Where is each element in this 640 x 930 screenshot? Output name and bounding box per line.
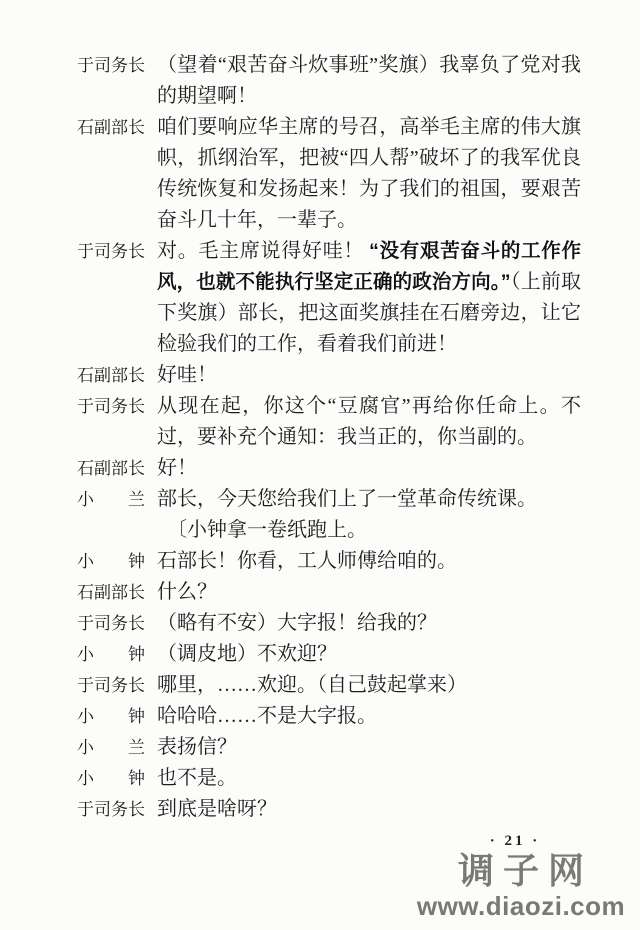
- dialogue-segment: 到底是啥呀？: [157, 798, 277, 820]
- speaker-name: 小 兰: [77, 484, 145, 515]
- dialogue-text: 对。毛主席说得好哇！“没有艰苦奋斗的工作作风，也就不能执行坚定正确的政治方向。”…: [157, 236, 581, 360]
- dialogue-segment: 也不是。: [157, 767, 237, 789]
- speaker-name: 于司务长: [77, 391, 145, 422]
- dialogue-segment: （望着“艰苦奋斗炊事班”奖旗）我辜负了党对我的期望啊！: [157, 54, 581, 107]
- speaker-name: 石副部长: [77, 577, 145, 608]
- dialogue-segment: 哪里，……欢迎。（自己鼓起掌来）: [157, 674, 467, 696]
- dialogue-segment: 什么？: [157, 581, 217, 603]
- dialogue-text: 石部长！你看，工人师傅给咱的。: [157, 546, 581, 577]
- dialogue-segment: 哈哈哈……不是大字报。: [157, 705, 377, 727]
- page-number: · 21 ·: [470, 833, 560, 850]
- dialogue-text: （望着“艰苦奋斗炊事班”奖旗）我辜负了党对我的期望啊！: [157, 50, 581, 112]
- dialogue-text: （略有不安）大字报！给我的？: [157, 608, 581, 639]
- dialogue-text: 好哇！: [157, 360, 581, 391]
- speaker-name: 小 钟: [77, 639, 145, 670]
- speaker-name: 于司务长: [77, 794, 145, 825]
- speaker-name: 于司务长: [77, 50, 145, 81]
- dialogue-segment: （调皮地）不欢迎？: [157, 643, 337, 665]
- dialogue-text: 哈哈哈……不是大字报。: [157, 701, 581, 732]
- dialogue-row: 于司务长 （略有不安）大字报！给我的？: [77, 608, 583, 639]
- dialogue-text: 也不是。: [157, 763, 581, 794]
- dialogue-row: 于司务长 从现在起，你这个“豆腐官”再给你任命上。不过，要补充个通知：我当正的，…: [77, 391, 583, 453]
- stage-direction-segment: 〔小钟拿一卷纸跑上。: [167, 519, 367, 541]
- dialogue-segment: 好！: [157, 457, 197, 479]
- watermark: 调子网 www.diaozi.com: [406, 851, 636, 920]
- dialogue-segment: 表扬信？: [157, 736, 237, 758]
- dialogue-segment: 部长，今天您给我们上了一堂革命传统课。: [157, 488, 537, 510]
- dialogue-segment: 石部长！你看，工人师傅给咱的。: [157, 550, 457, 572]
- speaker-name: 于司务长: [77, 670, 145, 701]
- dialogue-segment: 咱们要响应华主席的号召，高举毛主席的伟大旗帜，抓纲治军，把被“四人帮”破坏了的我…: [157, 116, 581, 231]
- dialogue-row: 石副部长 咱们要响应华主席的号召，高举毛主席的伟大旗帜，抓纲治军，把被“四人帮”…: [77, 112, 583, 236]
- dialogue-segment: （略有不安）大字报！给我的？: [157, 612, 437, 634]
- dialogue-text: 好！: [157, 453, 581, 484]
- dialogue-row: 小 钟 哈哈哈……不是大字报。: [77, 701, 583, 732]
- stage-direction-text: 〔小钟拿一卷纸跑上。: [157, 515, 581, 546]
- dialogue-row: 石副部长 什么？: [77, 577, 583, 608]
- dialogue-text: 到底是啥呀？: [157, 794, 581, 825]
- dialogue-row: 小 钟 （调皮地）不欢迎？: [77, 639, 583, 670]
- speaker-name: 小 兰: [77, 732, 145, 763]
- speaker-name: 小 钟: [77, 546, 145, 577]
- dialogue-row: 石副部长 好！: [77, 453, 583, 484]
- dialogue-row: 小 兰 部长，今天您给我们上了一堂革命传统课。: [77, 484, 583, 515]
- speaker-name: 石副部长: [77, 453, 145, 484]
- dialogue-segment: 从现在起，你这个“豆腐官”再给你任命上。不过，要补充个通知：我当正的，你当副的。: [157, 395, 581, 448]
- dialogue-row: 小 钟 也不是。: [77, 763, 583, 794]
- speaker-name: 石副部长: [77, 360, 145, 391]
- speaker-name: 石副部长: [77, 112, 145, 143]
- watermark-site-url: www.diaozi.com: [406, 892, 636, 920]
- dialogue-row: 小 钟 石部长！你看，工人师傅给咱的。: [77, 546, 583, 577]
- dialogue-row: 于司务长 对。毛主席说得好哇！“没有艰苦奋斗的工作作风，也就不能执行坚定正确的政…: [77, 236, 583, 360]
- dialogue-text: 什么？: [157, 577, 581, 608]
- dialogue-text: 从现在起，你这个“豆腐官”再给你任命上。不过，要补充个通知：我当正的，你当副的。: [157, 391, 581, 453]
- dialogue-row: 于司务长 （望着“艰苦奋斗炊事班”奖旗）我辜负了党对我的期望啊！: [77, 50, 583, 112]
- dialogue-segment: 好哇！: [157, 364, 217, 386]
- dialogue-text: （调皮地）不欢迎？: [157, 639, 581, 670]
- speaker-name: 于司务长: [77, 236, 145, 267]
- dialogue-text: 表扬信？: [157, 732, 581, 763]
- dialogue-text: 部长，今天您给我们上了一堂革命传统课。: [157, 484, 581, 515]
- speaker-name: 小 钟: [77, 763, 145, 794]
- dialogue-row: 小 兰 表扬信？: [77, 732, 583, 763]
- speaker-name: 于司务长: [77, 608, 145, 639]
- dialogue-segment: 对。毛主席说得好哇！: [157, 240, 364, 262]
- dialogue-text: 咱们要响应华主席的号召，高举毛主席的伟大旗帜，抓纲治军，把被“四人帮”破坏了的我…: [157, 112, 581, 236]
- speaker-name: 小 钟: [77, 701, 145, 732]
- dialogue-row: 石副部长 好哇！: [77, 360, 583, 391]
- dialogue-row: 于司务长 到底是啥呀？: [77, 794, 583, 825]
- watermark-site-name: 调子网: [406, 851, 636, 891]
- script-text-block: 于司务长 （望着“艰苦奋斗炊事班”奖旗）我辜负了党对我的期望啊！ 石副部长 咱们…: [77, 50, 583, 825]
- dialogue-text: 哪里，……欢迎。（自己鼓起掌来）: [157, 670, 581, 701]
- document-page: 于司务长 （望着“艰苦奋斗炊事班”奖旗）我辜负了党对我的期望啊！ 石副部长 咱们…: [0, 0, 640, 930]
- stage-direction-row: 〔小钟拿一卷纸跑上。: [77, 515, 583, 546]
- dialogue-row: 于司务长 哪里，……欢迎。（自己鼓起掌来）: [77, 670, 583, 701]
